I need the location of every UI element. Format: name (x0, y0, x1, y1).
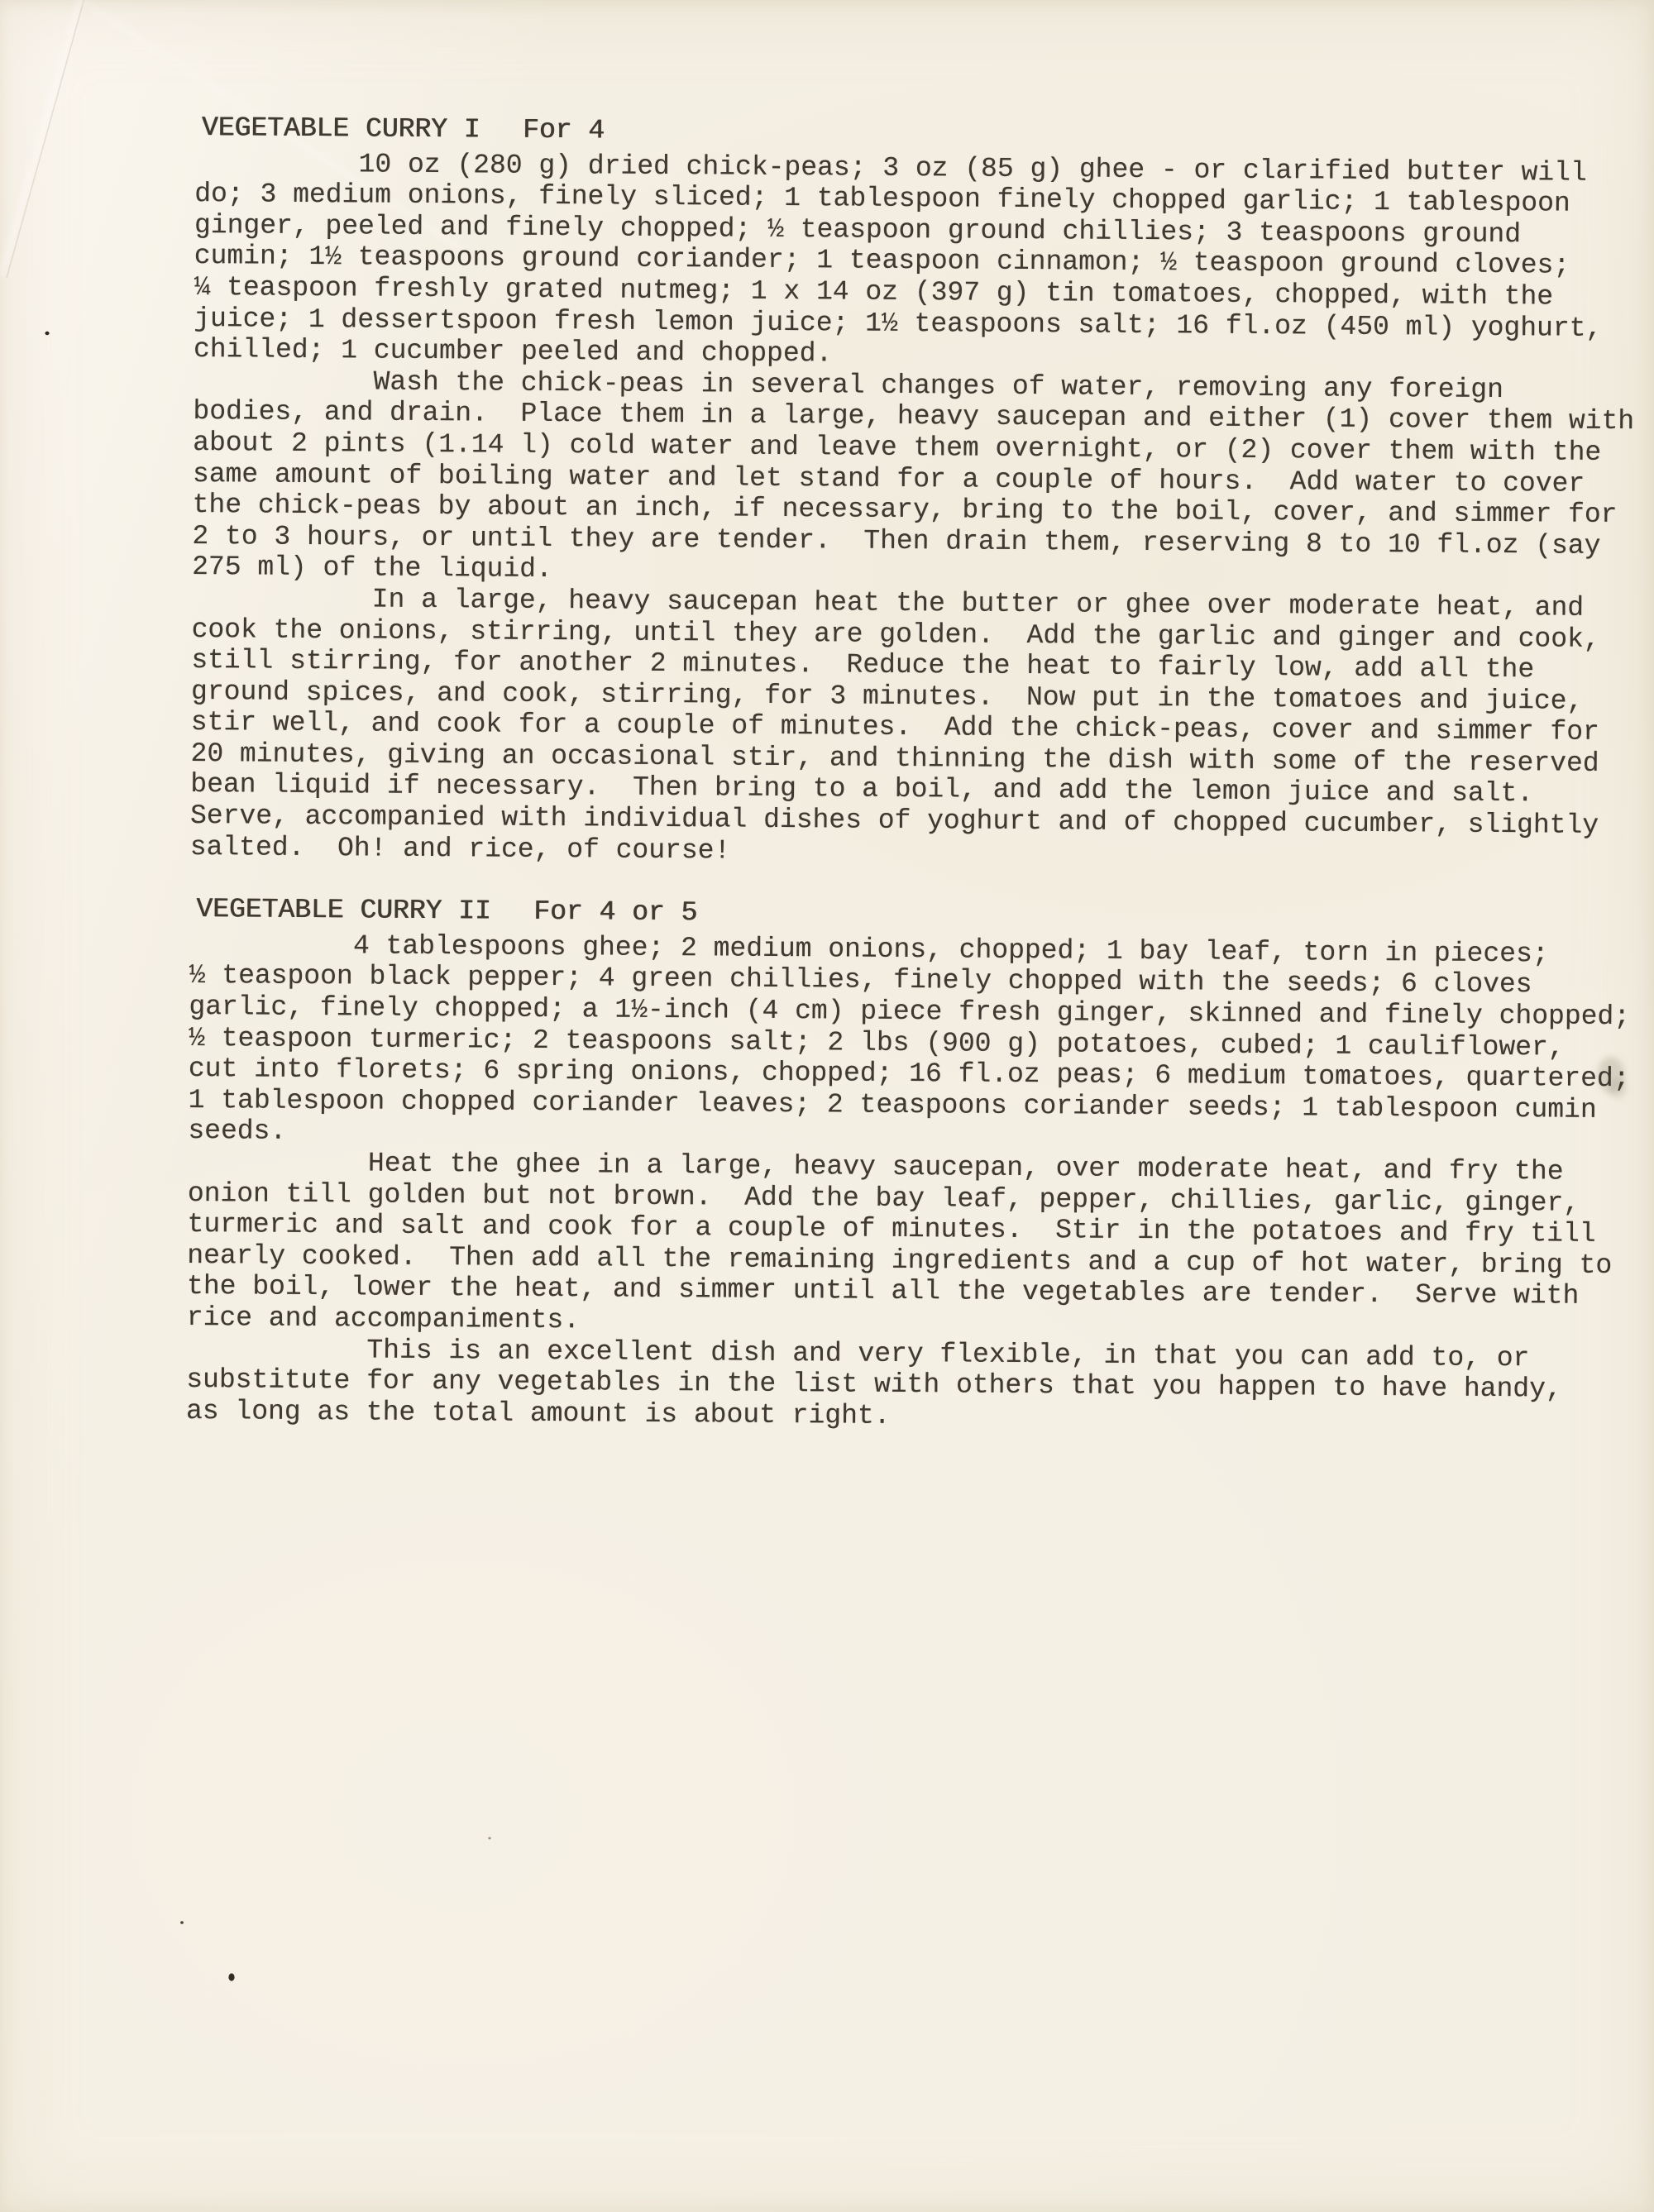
recipe-paragraph: 4 tablespoons ghee; 2 medium onions, cho… (188, 929, 1648, 1157)
recipe-page: VEGETABLE CURRY IFor 4 10 oz (280 g) dri… (186, 112, 1654, 1437)
recipe-title: VEGETABLE CURRY IIFor 4 or 5 (189, 894, 1648, 935)
scanned-page: VEGETABLE CURRY IFor 4 10 oz (280 g) dri… (0, 0, 1654, 2212)
recipe-paragraph: Wash the chick-peas in several changes o… (192, 365, 1652, 593)
recipe-serving: For 4 (523, 115, 605, 146)
recipe-vegetable-curry-1: VEGETABLE CURRY IFor 4 10 oz (280 g) dri… (190, 112, 1654, 873)
recipe-vegetable-curry-2: VEGETABLE CURRY IIFor 4 or 5 4 tablespoo… (186, 894, 1648, 1436)
recipe-title-text: VEGETABLE CURRY I (202, 112, 480, 145)
recipe-title-text: VEGETABLE CURRY II (196, 894, 491, 926)
recipe-title: VEGETABLE CURRY IFor 4 (195, 112, 1654, 154)
recipe-paragraph: Heat the ghee in a large, heavy saucepan… (187, 1147, 1647, 1344)
recipe-paragraph: 10 oz (280 g) dried chick-peas; 3 oz (85… (194, 148, 1654, 375)
recipe-body: 10 oz (280 g) dried chick-peas; 3 oz (85… (190, 148, 1654, 873)
recipe-paragraph: This is an excellent dish and very flexi… (186, 1334, 1646, 1437)
recipe-body: 4 tablespoons ghee; 2 medium onions, cho… (186, 929, 1648, 1437)
recipe-paragraph: In a large, heavy saucepan heat the butt… (190, 583, 1651, 873)
recipe-serving: For 4 or 5 (533, 896, 697, 928)
